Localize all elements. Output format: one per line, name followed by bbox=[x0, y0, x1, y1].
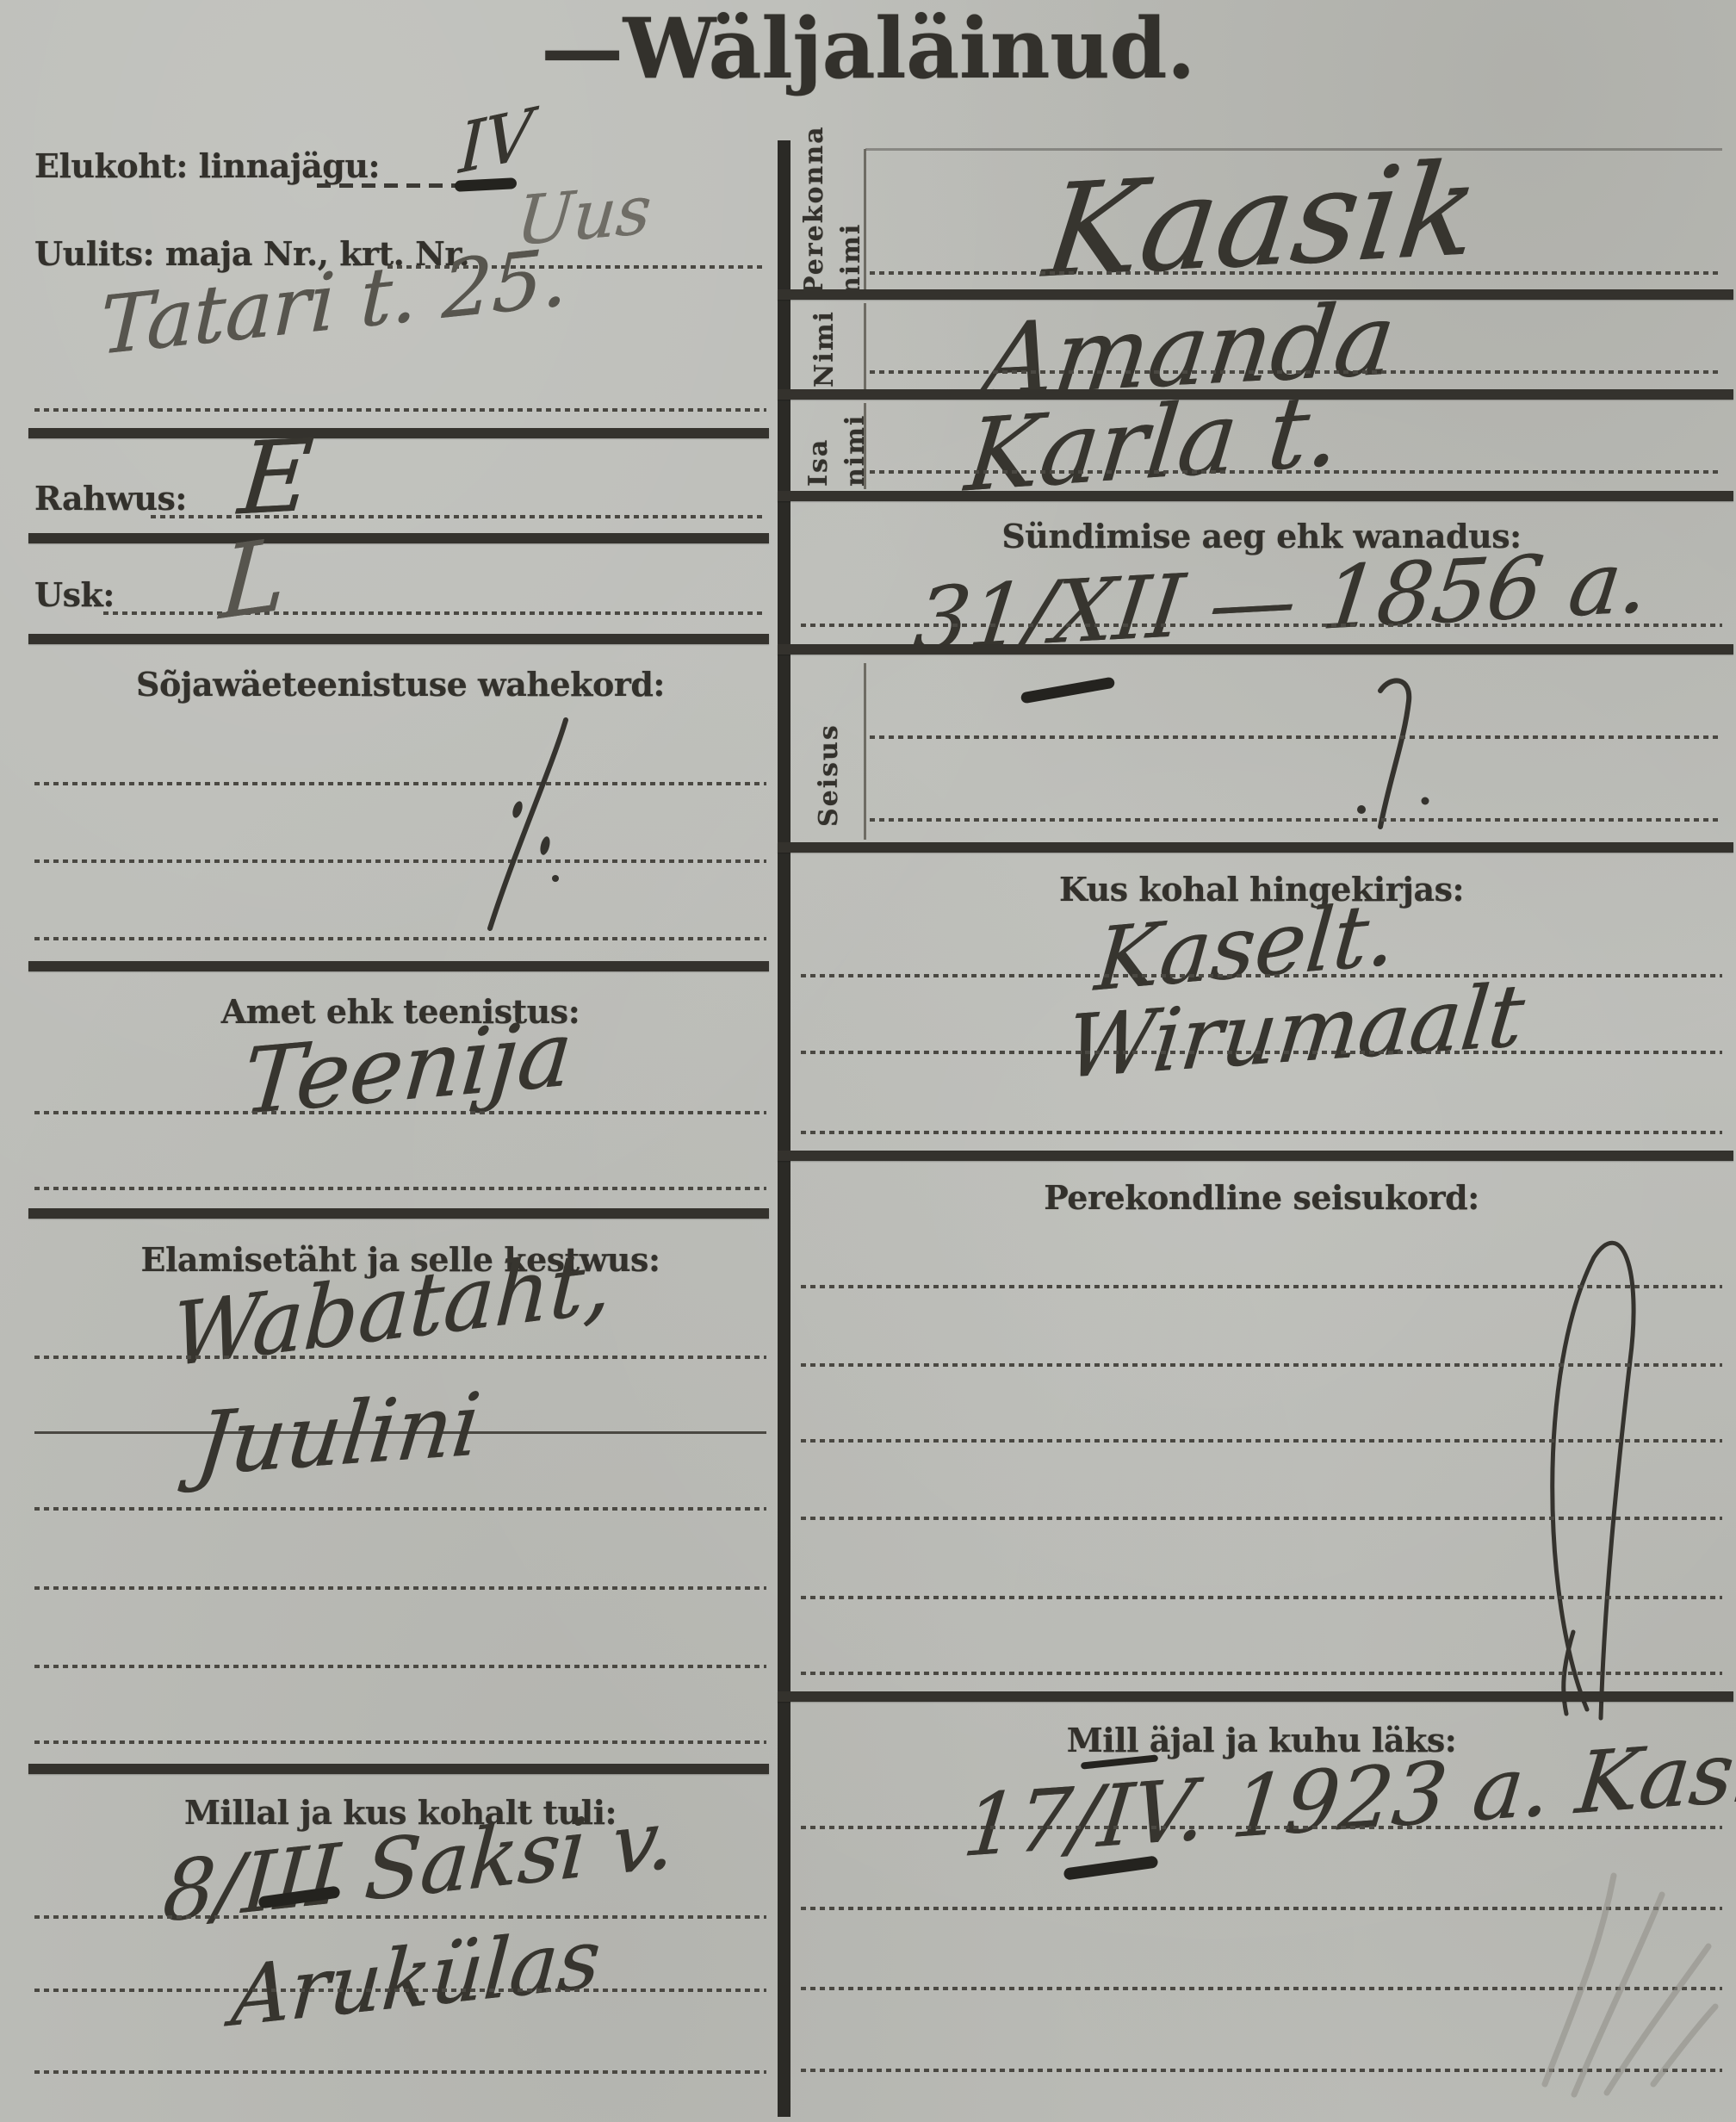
ruled-line bbox=[801, 624, 1722, 627]
ruled-line bbox=[801, 1672, 1722, 1675]
ruled-line bbox=[801, 1131, 1722, 1134]
ruled-line bbox=[34, 1356, 766, 1359]
nationality-value: E bbox=[235, 426, 316, 530]
father-name-value: Karla t. bbox=[961, 381, 1344, 506]
section-divider bbox=[778, 491, 1733, 501]
ruled-line bbox=[34, 1187, 766, 1190]
ink-stroke bbox=[455, 177, 518, 192]
ruled-line bbox=[870, 470, 1722, 474]
section-divider bbox=[778, 644, 1733, 655]
section-divider bbox=[778, 1691, 1733, 1702]
religion-value: L bbox=[217, 525, 289, 636]
father-name-label: Isa nimi bbox=[803, 405, 871, 487]
pencil-scribble bbox=[1524, 1826, 1722, 2101]
ruled-line bbox=[34, 1915, 766, 1919]
arrival-value-2: Arukülas bbox=[229, 1918, 603, 2039]
religion-label: Usk: bbox=[34, 575, 115, 614]
ruled-line bbox=[34, 1665, 766, 1668]
ruled-line bbox=[34, 1111, 766, 1114]
ruled-line bbox=[870, 818, 1722, 822]
section-divider bbox=[778, 842, 1733, 853]
section-divider bbox=[28, 634, 769, 644]
ruled-line bbox=[801, 974, 1722, 977]
ruled-line bbox=[34, 1989, 766, 1992]
ruled-line bbox=[34, 937, 766, 940]
section-divider bbox=[28, 1208, 769, 1219]
ruled-line bbox=[801, 1439, 1722, 1443]
family-status-label: Perekondline seisukord: bbox=[792, 1178, 1731, 1217]
ruled-line bbox=[870, 271, 1722, 275]
column-divider bbox=[778, 140, 790, 2117]
section-divider bbox=[28, 961, 769, 971]
residence-district-label: Elukoht: linnajägu: bbox=[34, 146, 380, 185]
status-label: Seisus bbox=[814, 685, 844, 827]
nationality-label: Rahwus: bbox=[34, 479, 187, 518]
ruled-line bbox=[801, 1596, 1722, 1599]
section-divider bbox=[28, 1764, 769, 1774]
label-rule bbox=[864, 403, 866, 489]
residence-permit-value-2: Juulini bbox=[192, 1381, 484, 1488]
ruled-line bbox=[34, 408, 766, 412]
ink-stroke bbox=[1020, 677, 1116, 704]
ruled-line bbox=[34, 2070, 766, 2074]
ruled-line bbox=[870, 735, 1722, 739]
residence-district-value: IV bbox=[458, 100, 534, 184]
ruled-line bbox=[801, 1363, 1722, 1367]
label-rule bbox=[864, 149, 866, 294]
section-divider bbox=[778, 1151, 1733, 1161]
label-rule bbox=[864, 663, 866, 840]
label-rule bbox=[864, 303, 866, 389]
ruled-line bbox=[34, 782, 766, 785]
military-dash-mark bbox=[469, 715, 581, 934]
section-divider bbox=[28, 428, 769, 438]
form-title: —Wäljaläinud. bbox=[0, 0, 1736, 97]
ruled-line bbox=[34, 1586, 766, 1590]
ruled-line bbox=[34, 859, 766, 863]
ruled-line bbox=[801, 1285, 1722, 1288]
document-page: —Wäljaläinud. Elukoht: linnajägu: IV Uul… bbox=[0, 0, 1736, 2122]
ruled-line bbox=[34, 1507, 766, 1511]
military-service-label: Sõjawäeteenistuse wahekord: bbox=[30, 665, 771, 704]
family-status-pen-mark bbox=[1511, 1232, 1692, 1727]
ruled-line bbox=[801, 1517, 1722, 1520]
ruled-line bbox=[870, 370, 1722, 374]
ruled-line bbox=[103, 611, 766, 615]
surname-label: Perekonna nimi bbox=[799, 153, 866, 295]
status-pen-mark bbox=[1330, 670, 1460, 842]
firstname-label: Nimi bbox=[809, 306, 840, 388]
ruled-line bbox=[801, 1051, 1722, 1054]
ruled-line bbox=[34, 1740, 766, 1744]
section-divider bbox=[28, 533, 769, 543]
